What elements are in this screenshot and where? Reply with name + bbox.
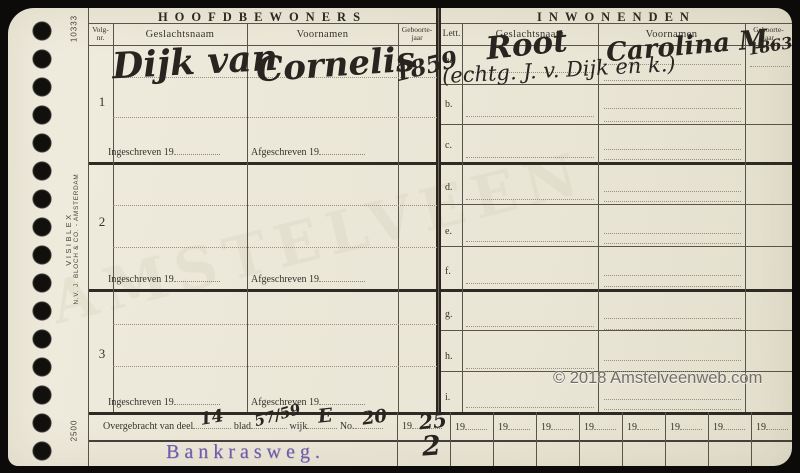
lodger-letter: d. xyxy=(445,182,453,193)
copyright-watermark: © 2018 Amstelveenweb.com xyxy=(553,369,762,388)
footer-cell-line xyxy=(708,412,709,466)
surname-handwritten: Dijk van xyxy=(111,40,278,85)
writing-line xyxy=(466,116,594,117)
footer-year-cell: 19 xyxy=(713,420,745,433)
writing-line xyxy=(604,121,741,122)
lodger-letter: c. xyxy=(445,140,452,151)
footer-year-cell: 19 xyxy=(498,420,530,433)
footer-cell-line xyxy=(450,412,451,466)
footer-cell-line xyxy=(665,412,666,466)
dotted-blank xyxy=(174,395,220,405)
lodger-letter: g. xyxy=(445,309,453,320)
year-label: 19 xyxy=(498,422,508,433)
year-label: 19 xyxy=(713,422,723,433)
footer-year-cell: 19 xyxy=(584,420,616,433)
column-header-lett: Lett. xyxy=(441,29,462,39)
lodger-note-handwritten: (echtg. J. v. Dijk en k.) xyxy=(442,54,676,87)
footer-year-cell: 19 xyxy=(756,420,788,433)
footer-cell-line xyxy=(579,412,580,466)
lodger-letter: f. xyxy=(445,266,451,277)
lodger-letter: i. xyxy=(445,392,450,403)
footer-cell-line xyxy=(622,412,623,466)
afgeschreven-text: Afgeschreven 19 xyxy=(251,147,319,158)
dotted-blank xyxy=(594,420,616,430)
writing-line xyxy=(604,191,741,192)
dotted-blank xyxy=(319,145,365,155)
wijk-handwritten: E xyxy=(317,406,333,426)
writing-line xyxy=(466,199,594,200)
writing-line xyxy=(604,286,741,287)
writing-line xyxy=(113,366,437,367)
writing-line xyxy=(604,318,741,319)
writing-line xyxy=(604,399,741,400)
dotted-blank xyxy=(508,420,530,430)
dotted-blank xyxy=(174,145,220,155)
lodger-row-line xyxy=(441,204,792,205)
column-header-volgnr-2: nr. xyxy=(88,34,113,42)
lodger-surname-column-line xyxy=(598,23,599,412)
stub-maker-address: N.V. J. BLOCH & CO. - AMSTERDAM xyxy=(73,139,80,339)
writing-line xyxy=(466,283,594,284)
dotted-blank xyxy=(637,420,659,430)
lodger-letter: h. xyxy=(445,351,453,362)
row-number: 2 xyxy=(92,214,112,230)
dotted-blank xyxy=(319,272,365,282)
writing-line xyxy=(604,360,741,361)
writing-line xyxy=(604,233,741,234)
no-label: No. xyxy=(340,421,355,432)
dotted-blank xyxy=(551,420,573,430)
year-label: 19 xyxy=(402,421,412,432)
writing-line xyxy=(113,324,437,325)
footer-cell-line xyxy=(493,412,494,466)
footer-cell-line xyxy=(536,412,537,466)
footer-year-cell: 19 xyxy=(627,420,659,433)
writing-line xyxy=(113,205,437,206)
lodger-row-line xyxy=(441,330,792,331)
afgeschreven-label: Afgeschreven 19 xyxy=(251,272,365,285)
year-label: 19 xyxy=(541,422,551,433)
ingeschreven-label: Ingeschreven 19 xyxy=(108,145,220,158)
stub-serial-bottom: 2500 xyxy=(70,409,79,453)
writing-line xyxy=(466,326,594,327)
stub-maker-name: VISIBLEX xyxy=(64,139,73,339)
photo-frame: 10333 VISIBLEX N.V. J. BLOCH & CO. - AMS… xyxy=(0,0,800,473)
year-handwritten: 25 xyxy=(418,410,448,433)
embossed-watermark: AMSTELVEEN xyxy=(44,139,593,338)
writing-line xyxy=(604,409,741,410)
no-handwritten: 20 xyxy=(361,407,388,428)
year-label: 19 xyxy=(455,422,465,433)
year-label: 19 xyxy=(627,422,637,433)
dotted-blank xyxy=(680,420,702,430)
ingeschreven-text: Ingeschreven 19 xyxy=(108,274,174,285)
writing-line xyxy=(466,407,594,408)
writing-line xyxy=(113,247,437,248)
writing-line xyxy=(466,241,594,242)
writing-line xyxy=(604,149,741,150)
year-label: 19 xyxy=(584,422,594,433)
wijk-label: wijk xyxy=(290,421,308,432)
footer-year-cell: 19 xyxy=(541,420,573,433)
street-name-stamp: Bankrasweg. xyxy=(166,441,325,464)
ingeschreven-label: Ingeschreven 19 xyxy=(108,395,220,408)
deel-handwritten: 14 xyxy=(199,408,225,429)
dotted-blank xyxy=(319,395,365,405)
dotted-blank xyxy=(723,420,745,430)
stub-serial-top: 10333 xyxy=(70,8,79,51)
ingeschreven-text: Ingeschreven 19 xyxy=(108,147,174,158)
register-card: 10333 VISIBLEX N.V. J. BLOCH & CO. - AMS… xyxy=(8,8,792,466)
footer-year-cell: 19 xyxy=(670,420,702,433)
afgeschreven-text: Afgeschreven 19 xyxy=(251,274,319,285)
writing-line xyxy=(604,80,741,81)
blad-label: blad xyxy=(234,421,251,432)
ingeschreven-text: Ingeschreven 19 xyxy=(108,397,174,408)
punch-holes xyxy=(24,17,60,466)
overgebracht-label: Overgebracht van deel xyxy=(103,421,193,432)
footer-cell-line xyxy=(751,412,752,466)
writing-line xyxy=(604,243,741,244)
writing-line xyxy=(604,159,741,160)
lodger-row-line xyxy=(441,124,792,125)
afgeschreven-label: Afgeschreven 19 xyxy=(251,145,365,158)
dotted-blank xyxy=(766,420,788,430)
writing-line xyxy=(113,117,437,118)
lodger-row-line xyxy=(441,246,792,247)
year-label: 19 xyxy=(670,422,680,433)
footer-transfer-line: Overgebracht van deel blad wijk No. xyxy=(103,419,383,432)
writing-line xyxy=(604,108,741,109)
writing-line xyxy=(604,329,741,330)
writing-line xyxy=(604,275,741,276)
lodger-letter: e. xyxy=(445,226,452,237)
ingeschreven-label: Ingeschreven 19 xyxy=(108,272,220,285)
dotted-blank xyxy=(174,272,220,282)
dotted-blank xyxy=(465,420,487,430)
writing-line xyxy=(750,66,790,67)
lodger-birthyear-column-line xyxy=(745,23,746,412)
year-label: 19 xyxy=(756,422,766,433)
writing-line xyxy=(466,157,594,158)
afgeschreven-label: Afgeschreven 19 xyxy=(251,395,365,408)
writing-line xyxy=(604,201,741,202)
street-number-handwritten: 2 xyxy=(421,432,442,460)
row-number: 3 xyxy=(92,346,112,362)
lodger-letter: b. xyxy=(445,99,453,110)
footer-year-cell: 19 xyxy=(455,420,487,433)
footer-cell-line xyxy=(397,412,398,466)
surname-column-line xyxy=(247,23,248,412)
table-left-border xyxy=(88,8,89,466)
row-number: 1 xyxy=(92,94,112,110)
